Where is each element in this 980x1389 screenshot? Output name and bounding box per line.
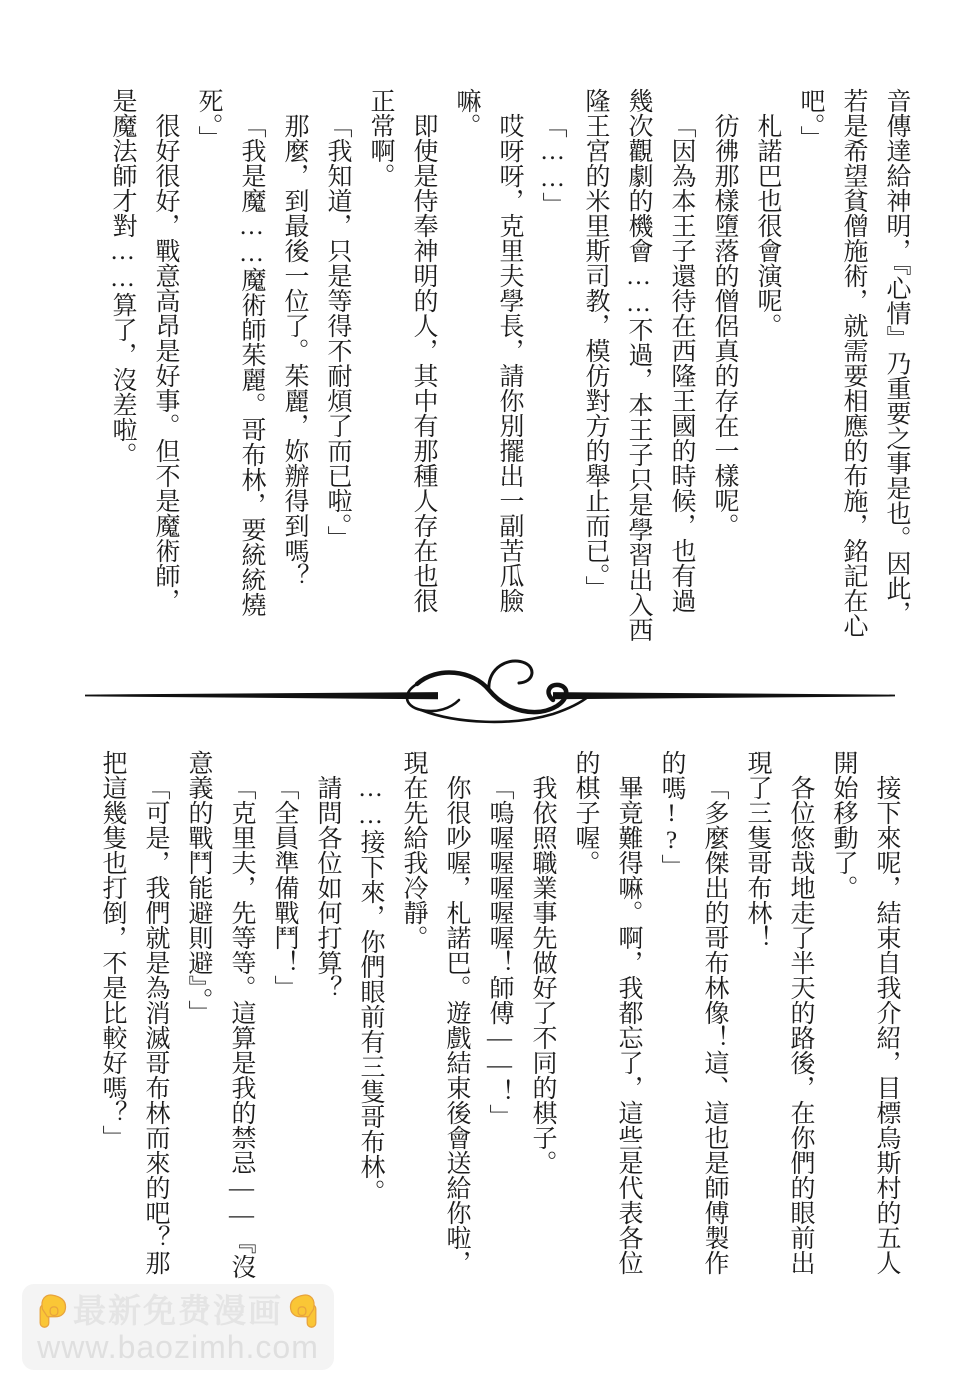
watermark-banner[interactable]: 最新免费漫画 www.baozimh.com	[22, 1284, 334, 1370]
vertical-text-line: ……接下來，你們眼前有三隻哥布林。	[349, 750, 392, 1389]
top-text-section: 音傳達給神明，『心情』乃重要之事是也。因此， 若是希望貧僧施術，就需要相應的布施…	[101, 88, 918, 654]
vertical-text-line: 開始移動了。	[822, 750, 865, 1389]
watermark-title: 最新免费漫画	[73, 1294, 283, 1327]
vertical-text-line: 「多麼傑出的哥布林像！這、這也是師傅製作	[693, 750, 736, 1389]
vertical-text-line: 「我是魔……魔術師茱麗。哥布林，要統統燒	[230, 88, 273, 654]
vertical-text-line: 「我知道，只是等得不耐煩了而已啦。」	[316, 88, 359, 654]
pointing-down-hand-left-icon	[35, 1291, 68, 1329]
scene-divider-flourish	[85, 654, 895, 738]
vertical-text-line: 「……」	[531, 88, 574, 654]
watermark-url[interactable]: www.baozimh.com	[37, 1331, 319, 1363]
vertical-text-line: 彷彿那樣墮落的僧侶真的存在一樣呢。	[703, 88, 746, 654]
vertical-text-line: 幾次觀劇的機會……不過，本王子只是學習出入西	[617, 88, 660, 654]
vertical-text-line: 是魔法師才對……算了，沒差啦。	[101, 88, 144, 654]
vertical-text-line: 現了三隻哥布林！	[736, 750, 779, 1389]
vertical-text-line: 正常啊。	[359, 88, 402, 654]
vertical-text-line: 嘛。	[445, 88, 488, 654]
pointing-down-hand-right-icon	[288, 1291, 321, 1329]
vertical-text-line: 「因為本王子還待在西隆王國的時候，也有過	[660, 88, 703, 654]
vertical-text-line: 死。」	[187, 88, 230, 654]
vertical-text-line: 現在先給我冷靜。	[392, 750, 435, 1389]
vertical-text-line: 你很吵喔，札諾巴。遊戲結束後會送給你啦，	[435, 750, 478, 1389]
vertical-text-line: 的棋子喔。	[564, 750, 607, 1389]
vertical-text-line: 各位悠哉地走了半天的路後，在你們的眼前出	[779, 750, 822, 1389]
vertical-text-line: 吧。」	[789, 88, 832, 654]
vertical-text-line: 隆王宮的米里斯司教，模仿對方的舉止而已。」	[574, 88, 617, 654]
vertical-text-line: 接下來呢，結束自我介紹，目標烏斯村的五人	[865, 750, 908, 1389]
vertical-text-line: 那麼，到最後一位了。茱麗，妳辦得到嗎？	[273, 88, 316, 654]
watermark-title-row: 最新免费漫画	[35, 1291, 321, 1329]
vertical-text-line: 若是希望貧僧施術，就需要相應的布施，銘記在心	[832, 88, 875, 654]
vertical-text-line: 我依照職業事先做好了不同的棋子。	[521, 750, 564, 1389]
vertical-text-line: 音傳達給神明，『心情』乃重要之事是也。因此，	[875, 88, 918, 654]
vertical-text-line: 畢竟難得嘛。啊，我都忘了，這些是代表各位	[607, 750, 650, 1389]
vertical-text-line: 即使是侍奉神明的人，其中有那種人存在也很	[402, 88, 445, 654]
vertical-text-line: 「嗚喔喔喔喔喔！師傅——！」	[478, 750, 521, 1389]
vertical-text-line: 的嗎!?」	[650, 750, 693, 1389]
novel-page: 音傳達給神明，『心情』乃重要之事是也。因此， 若是希望貧僧施術，就需要相應的布施…	[0, 0, 980, 1389]
vertical-text-line: 哎呀呀，克里夫學長，請你別擺出一副苦瓜臉	[488, 88, 531, 654]
vertical-text-line: 很好很好，戰意高昂是好事。但不是魔術師，	[144, 88, 187, 654]
vertical-text-line: 札諾巴也很會演呢。	[746, 88, 789, 654]
